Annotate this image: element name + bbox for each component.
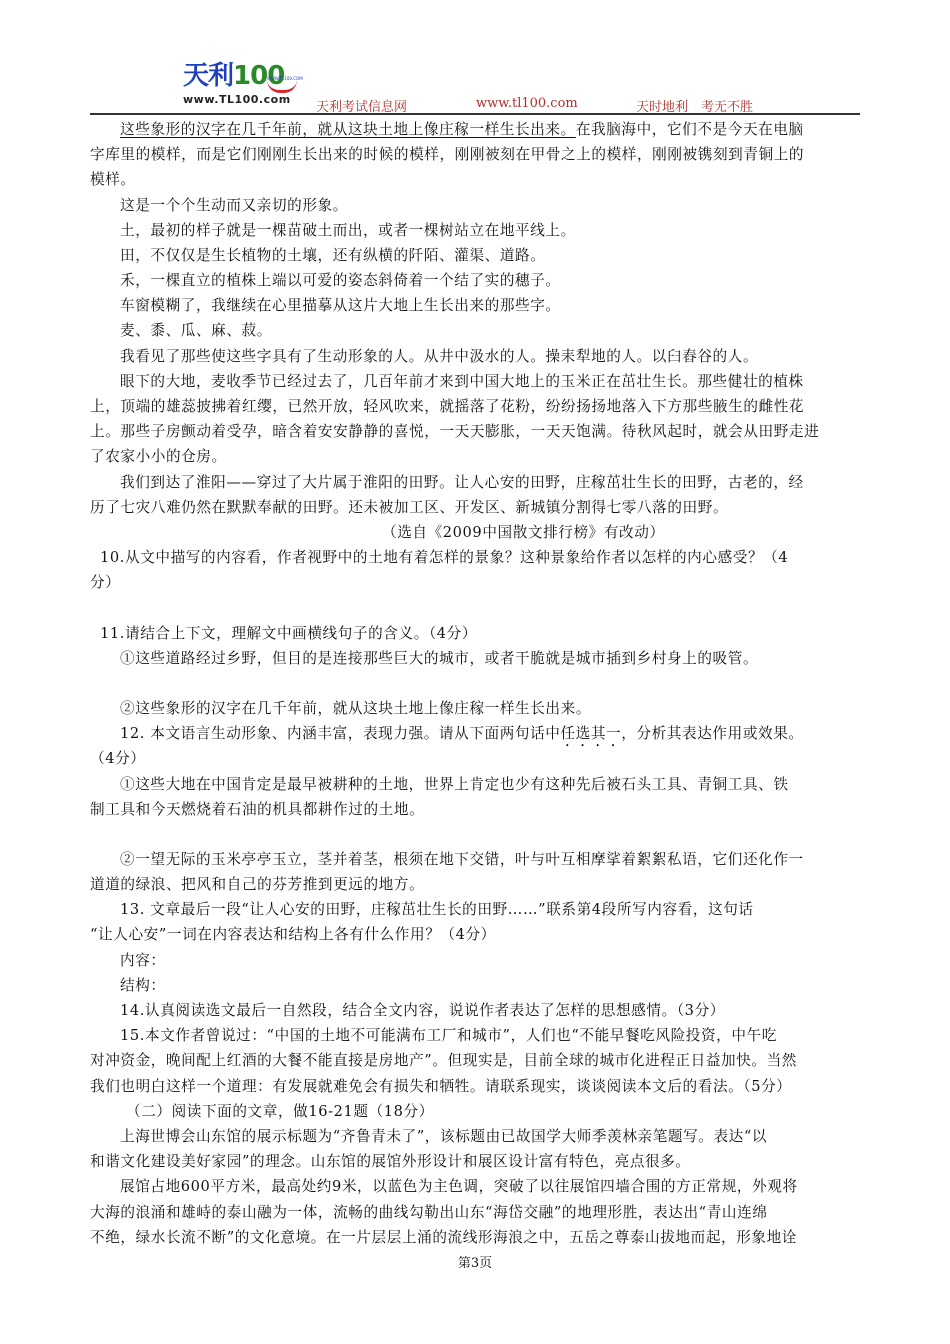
- question-13-cont: “让人心安”一词在内容表达和结构上各有什么作用？（4分）: [90, 923, 862, 947]
- question-12-item-1-cont: 制工具和今天燃烧着石油的机具都耕作过的土地。: [90, 798, 862, 822]
- question-10-cont: 分）: [90, 571, 862, 595]
- question-11-item-1: ①这些道路经过乡野，但目的是连接那些巨大的城市，或者干脆就是城市插到乡村身上的吸…: [90, 647, 892, 671]
- paragraph-line: 土，最初的样子就是一棵苗破土而出，或者一棵树站立在地平线上。: [90, 219, 892, 243]
- section-heading: （二）阅读下面的文章，做16-21题（18分）: [90, 1100, 898, 1124]
- paragraph-line: 车窗模糊了，我继续在心里描摹从这片大地上生长出来的那些字。: [90, 294, 892, 318]
- page-number: 第3页: [0, 1252, 950, 1271]
- question-12-item-2-cont: 道道的绿浪、把风和自己的芬芳推到更远的地方。: [90, 873, 862, 897]
- question-11-item-2: ②这些象形的汉字在几千年前，就从这块土地上像庄稼一样生长出来。: [90, 697, 892, 721]
- paragraph-line: 禾，一棵直立的植株上端以可爱的姿态斜倚着一个结了实的穗子。: [90, 269, 892, 293]
- question-13: 13. 文章最后一段“让人心安的田野，庄稼茁壮生长的田野……”联系第4段所写内容…: [90, 898, 892, 922]
- paragraph-line: 上。那些子房颤动着受孕，暗含着安安静静的喜悦，一天天膨胀，一天天饱满。待秋风起时…: [90, 420, 862, 444]
- paragraph-line: 田，不仅仅是生长植物的土壤，还有纵横的阡陌、灌渠、道路。: [90, 244, 892, 268]
- question-10: 10.从文中描写的内容看，作者视野中的土地有着怎样的景象？这种景象给作者以怎样的…: [90, 546, 872, 570]
- paragraph-line: 这是一个个生动而又亲切的形象。: [90, 194, 892, 218]
- paragraph-line: 了农家小小的仓房。: [90, 445, 862, 469]
- question-15: 15.本文作者曾说过：“中国的土地不可能满布工厂和城市”，人们也“不能早餐吃风险…: [90, 1024, 892, 1048]
- header-divider: [90, 113, 860, 115]
- question-14: 14.认真阅读选文最后一自然段，结合全文内容，说说作者表达了怎样的思想感情。（3…: [90, 999, 892, 1023]
- paragraph-line: 眼下的大地，麦收季节已经过去了，几百年前才来到中国大地上的玉米正在茁壮生长。那些…: [90, 370, 892, 394]
- paragraph-line: 上，顶端的雄蕊披拂着红缨，已然开放，轻风吹来，就摇落了花粉，纷纷扬扬地落入下方那…: [90, 395, 862, 419]
- underlined-sentence: 这些象形的汉字在几千年前，就从这块土地上像庄稼一样生长出来。: [120, 121, 576, 138]
- question-15-cont: 对冲资金，晚间配上红酒的大餐不能直接是房地产”。但现实是，目前全球的城市化进程正…: [90, 1049, 862, 1073]
- paragraph-line: 大海的浪涌和雄峙的泰山融为一体，流畅的曲线勾勒出山东“海岱交融”的地理形胜，表达…: [90, 1201, 862, 1225]
- answer-label-structure: 结构：: [90, 974, 892, 998]
- source-citation: （选自《2009中国散文排行榜》有改动）: [90, 521, 950, 545]
- logo-smile-icon: [267, 80, 297, 93]
- paragraph-line: 上海世博会山东馆的展示标题为“齐鲁青未了”，该标题由已故国学大师季羡林亲笔题写。…: [90, 1125, 892, 1149]
- question-12-cont: （4分）: [90, 747, 862, 771]
- paragraph-line: 模样。: [90, 168, 862, 192]
- paragraph-line: 历了七灾八难仍然在默默奉献的田野。还未被加工区、开发区、新城镇分割得七零八落的田…: [90, 496, 862, 520]
- emphasized-text: 任选其一: [560, 725, 621, 742]
- paragraph-line: 展馆占地600平方米，最高处约9米，以蓝色为主色调，突破了以往展馆四墙合围的方正…: [90, 1175, 892, 1199]
- paragraph-line: 和谐文化建设美好家园”的理念。山东馆的展馆外形设计和展区设计富有特色，亮点很多。: [90, 1150, 862, 1174]
- question-11: 11.请结合上下文，理解文中画横线句子的含义。（4分）: [90, 622, 872, 646]
- paragraph-line: 字库里的模样，而是它们刚刚生长出来的时候的模样，刚刚被刻在甲骨之上的模样，刚刚被…: [90, 143, 862, 167]
- logo-url: www.TL100.com: [183, 93, 291, 106]
- paragraph-line: 不绝，绿水长流不断”的文化意境。在一片层层上涌的流线形海浪之中，五岳之尊泰山拔地…: [90, 1226, 862, 1250]
- answer-label-content: 内容：: [90, 949, 892, 973]
- question-12-item-1: ①这些大地在中国肯定是最早被耕种的土地，世界上肯定也少有这种先后被石头工具、青铜…: [90, 773, 892, 797]
- paragraph-line: 麦、黍、瓜、麻、菽。: [90, 319, 892, 343]
- question-15-cont: 我们也明白这样一个道理：有发展就难免会有损失和牺牲。请联系现实，谈谈阅读本文后的…: [90, 1075, 862, 1099]
- question-12: 12. 本文语言生动形象、内涵丰富，表现力强。请从下面两句话中任选其一，分析其表…: [90, 722, 892, 750]
- document-page: 天利100 WWW.TL100.COM www.TL100.com 天利考试信息…: [0, 0, 950, 1344]
- paragraph-line: 我们到达了淮阳——穿过了大片属于淮阳的田野。让人心安的田野，庄稼茁壮生长的田野，…: [90, 471, 892, 495]
- question-12-item-2: ②一望无际的玉米亭亭玉立，茎并着茎，根须在地下交错，叶与叶互相摩挲着絮絮私语，它…: [90, 848, 892, 872]
- paragraph-line: 我看见了那些使这些字具有了生动形象的人。从井中汲水的人。操耒犁地的人。以臼舂谷的…: [90, 345, 892, 369]
- paragraph-line: 这些象形的汉字在几千年前，就从这块土地上像庄稼一样生长出来。在我脑海中，它们不是…: [90, 118, 892, 142]
- tl100-logo[interactable]: 天利100 WWW.TL100.COM www.TL100.com: [183, 62, 308, 110]
- header-site-url[interactable]: www.tl100.com: [476, 96, 578, 111]
